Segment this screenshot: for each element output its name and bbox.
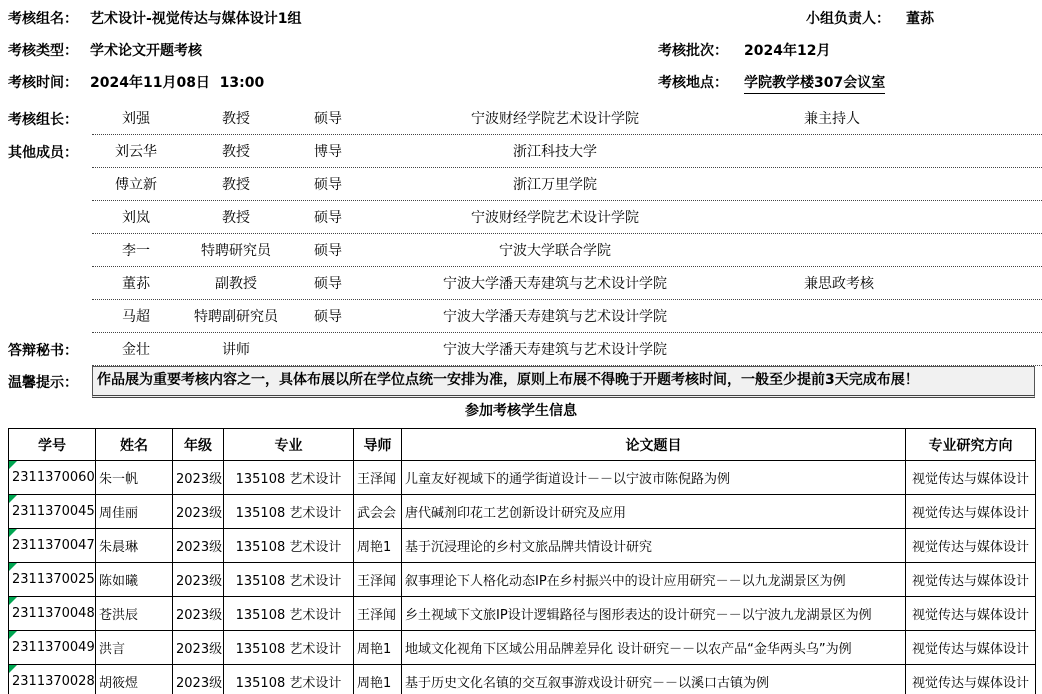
major-cell: 135108 艺术设计 (224, 529, 354, 563)
research-direction-cell: 视觉传达与媒体设计 (906, 563, 1036, 597)
table-row: 2311370048 苍洪辰 2023级 135108 艺术设计 王泽闻 乡土视… (9, 597, 1036, 631)
grade-cell: 2023级 (173, 597, 224, 631)
excel-corner-marker (9, 563, 17, 571)
member-supervisor-type: 硕导 (292, 240, 364, 260)
thesis-title-cell: 地域文化视角下区域公用品牌差异化 设计研究－－以农产品“金华两头乌”为例 (402, 631, 906, 665)
committee-row: 李一 特聘研究员 硕导 宁波大学联合学院 (0, 234, 1042, 267)
table-row: 2311370045 周佳丽 2023级 135108 艺术设计 武会会 唐代碱… (9, 495, 1036, 529)
member-name: 傅立新 (92, 174, 180, 194)
type-label: 考核类型： (8, 40, 78, 60)
committee-row: 考核组长： 刘强 教授 硕导 宁波财经学院艺术设计学院 兼主持人 (0, 102, 1042, 135)
member-supervisor-type: 硕导 (292, 108, 364, 128)
table-row: 2311370025 陈如曦 2023级 135108 艺术设计 王泽闻 叙事理… (9, 563, 1036, 597)
location-label: 考核地点： (658, 72, 728, 92)
member-title: 讲师 (180, 339, 292, 359)
student-id: 2311370025 (12, 572, 95, 587)
research-direction-cell: 视觉传达与媒体设计 (906, 529, 1036, 563)
thesis-title-cell: 叙事理论下人格化动态IP在乡村振兴中的设计应用研究－－以九龙湖景区为例 (402, 563, 906, 597)
major-cell: 135108 艺术设计 (224, 461, 354, 495)
grade-cell: 2023级 (173, 631, 224, 665)
research-direction-cell: 视觉传达与媒体设计 (906, 597, 1036, 631)
student-id-cell: 2311370045 (9, 495, 96, 529)
student-id: 2311370049 (12, 640, 95, 655)
excel-corner-marker (9, 529, 17, 537)
col-header-thesis-title: 论文题目 (402, 429, 906, 461)
table-row: 2311370047 朱晨琳 2023级 135108 艺术设计 周艳1 基于沉… (9, 529, 1036, 563)
student-id-cell: 2311370047 (9, 529, 96, 563)
assessment-sheet: 考核组名： 艺术设计-视觉传达与媒体设计1组 小组负责人： 董荪 考核类型： 学… (0, 0, 1042, 694)
grade-cell: 2023级 (173, 563, 224, 597)
member-institution: 宁波大学潘天寿建筑与艺术设计学院 (364, 339, 746, 359)
research-direction-cell: 视觉传达与媒体设计 (906, 665, 1036, 694)
excel-corner-marker (9, 461, 17, 469)
member-institution: 宁波大学联合学院 (364, 240, 746, 260)
students-table: 学号 姓名 年级 专业 导师 论文题目 专业研究方向 2311370060 朱一… (8, 428, 1036, 694)
student-id: 2311370028 (12, 674, 95, 689)
committee-row: 马超 特聘副研究员 硕导 宁波大学潘天寿建筑与艺术设计学院 (0, 300, 1042, 333)
research-direction-cell: 视觉传达与媒体设计 (906, 461, 1036, 495)
col-header-research-direction: 专业研究方向 (906, 429, 1036, 461)
batch-label: 考核批次： (658, 40, 728, 60)
committee-row-label (0, 168, 92, 201)
table-row: 2311370049 洪言 2023级 135108 艺术设计 周艳1 地域文化… (9, 631, 1036, 665)
advisor-cell: 周艳1 (354, 631, 402, 665)
student-id-cell: 2311370025 (9, 563, 96, 597)
member-title: 教授 (180, 141, 292, 161)
student-id-cell: 2311370028 (9, 665, 96, 694)
student-id: 2311370047 (12, 538, 95, 553)
member-title: 教授 (180, 108, 292, 128)
major-cell: 135108 艺术设计 (224, 631, 354, 665)
committee-row-label: 答辩秘书： (0, 333, 92, 366)
committee-row-label: 其他成员： (0, 135, 92, 168)
tip-text: 作品展为重要考核内容之一，具体布展以所在学位点统一安排为准，原则上布展不得晚于开… (92, 366, 1035, 398)
leader-value: 董荪 (906, 8, 934, 28)
thesis-title-cell: 基于沉浸理论的乡村文旅品牌共情设计研究 (402, 529, 906, 563)
student-name-cell: 洪言 (96, 631, 173, 665)
member-institution: 宁波财经学院艺术设计学院 (364, 108, 746, 128)
advisor-cell: 武会会 (354, 495, 402, 529)
batch-value: 2024年12月 (744, 40, 830, 60)
committee-row-label (0, 234, 92, 267)
committee-row-label: 考核组长： (0, 102, 92, 135)
committee-row: 董荪 副教授 硕导 宁波大学潘天寿建筑与艺术设计学院 兼思政考核 (0, 267, 1042, 300)
member-title: 教授 (180, 207, 292, 227)
location-value: 学院教学楼307会议室 (744, 72, 885, 94)
member-name: 金壮 (92, 339, 180, 359)
table-row: 2311370028 胡筱煜 2023级 135108 艺术设计 周艳1 基于历… (9, 665, 1036, 694)
grade-cell: 2023级 (173, 529, 224, 563)
advisor-cell: 王泽闻 (354, 597, 402, 631)
assessment-info: 考核组名： 艺术设计-视觉传达与媒体设计1组 小组负责人： 董荪 考核类型： 学… (0, 0, 1042, 100)
advisor-cell: 周艳1 (354, 529, 402, 563)
thesis-title-cell: 乡土视域下文旅IP设计逻辑路径与图形表达的设计研究－－以宁波九龙湖景区为例 (402, 597, 906, 631)
student-name-cell: 朱晨琳 (96, 529, 173, 563)
committee-row: 其他成员： 刘云华 教授 博导 浙江科技大学 (0, 135, 1042, 168)
student-id-cell: 2311370060 (9, 461, 96, 495)
member-supervisor-type: 硕导 (292, 306, 364, 326)
thesis-title-cell: 儿童友好视域下的通学街道设计－－以宁波市陈倪路为例 (402, 461, 906, 495)
member-name: 李一 (92, 240, 180, 260)
leader-label: 小组负责人： (806, 8, 890, 28)
committee-row: 答辩秘书： 金壮 讲师 宁波大学潘天寿建筑与艺术设计学院 (0, 333, 1042, 366)
grade-cell: 2023级 (173, 495, 224, 529)
major-cell: 135108 艺术设计 (224, 563, 354, 597)
student-id: 2311370045 (12, 504, 95, 519)
member-supervisor-type: 硕导 (292, 207, 364, 227)
member-institution: 宁波财经学院艺术设计学院 (364, 207, 746, 227)
member-name: 刘强 (92, 108, 180, 128)
thesis-title-cell: 唐代碱剂印花工艺创新设计研究及应用 (402, 495, 906, 529)
grade-cell: 2023级 (173, 461, 224, 495)
major-cell: 135108 艺术设计 (224, 495, 354, 529)
excel-corner-marker (9, 631, 17, 639)
member-title: 特聘研究员 (180, 240, 292, 260)
student-name-cell: 苍洪辰 (96, 597, 173, 631)
major-cell: 135108 艺术设计 (224, 665, 354, 694)
committee-row-label (0, 300, 92, 333)
time-label: 考核时间： (8, 72, 78, 92)
member-role: 兼思政考核 (746, 273, 1042, 293)
student-name-cell: 陈如曦 (96, 563, 173, 597)
student-id: 2311370060 (12, 470, 95, 485)
member-title: 教授 (180, 174, 292, 194)
group-name-value: 艺术设计-视觉传达与媒体设计1组 (90, 8, 302, 28)
advisor-cell: 周艳1 (354, 665, 402, 694)
group-name-label: 考核组名： (8, 8, 78, 28)
tip-row: 温馨提示： 作品展为重要考核内容之一，具体布展以所在学位点统一安排为准，原则上布… (0, 366, 1042, 398)
student-id-cell: 2311370049 (9, 631, 96, 665)
excel-corner-marker (9, 495, 17, 503)
committee-row-label (0, 267, 92, 300)
table-header-row: 学号 姓名 年级 专业 导师 论文题目 专业研究方向 (9, 429, 1036, 461)
member-name: 董荪 (92, 273, 180, 293)
advisor-cell: 王泽闻 (354, 563, 402, 597)
tip-label: 温馨提示： (0, 366, 92, 398)
committee-row-label (0, 201, 92, 234)
student-id: 2311370048 (12, 606, 95, 621)
member-role: 兼主持人 (746, 108, 1042, 128)
advisor-cell: 王泽闻 (354, 461, 402, 495)
table-row: 2311370060 朱一帆 2023级 135108 艺术设计 王泽闻 儿童友… (9, 461, 1036, 495)
committee-list: 考核组长： 刘强 教授 硕导 宁波财经学院艺术设计学院 兼主持人 其他成员： 刘… (0, 102, 1042, 366)
student-id-cell: 2311370048 (9, 597, 96, 631)
member-institution: 宁波大学潘天寿建筑与艺术设计学院 (364, 306, 746, 326)
member-supervisor-type: 硕导 (292, 174, 364, 194)
member-institution: 宁波大学潘天寿建筑与艺术设计学院 (364, 273, 746, 293)
member-title: 特聘副研究员 (180, 306, 292, 326)
col-header-name: 姓名 (96, 429, 173, 461)
time-value: 2024年11月08日 13:00 (90, 72, 264, 92)
student-name-cell: 胡筱煜 (96, 665, 173, 694)
committee-row: 刘岚 教授 硕导 宁波财经学院艺术设计学院 (0, 201, 1042, 234)
committee-row: 傅立新 教授 硕导 浙江万里学院 (0, 168, 1042, 201)
grade-cell: 2023级 (173, 665, 224, 694)
member-name: 刘云华 (92, 141, 180, 161)
col-header-advisor: 导师 (354, 429, 402, 461)
research-direction-cell: 视觉传达与媒体设计 (906, 495, 1036, 529)
member-title: 副教授 (180, 273, 292, 293)
research-direction-cell: 视觉传达与媒体设计 (906, 631, 1036, 665)
students-table-title: 参加考核学生信息 (0, 400, 1042, 420)
col-header-grade: 年级 (173, 429, 224, 461)
member-supervisor-type: 硕导 (292, 273, 364, 293)
member-institution: 浙江科技大学 (364, 141, 746, 161)
excel-corner-marker (9, 665, 17, 673)
member-name: 马超 (92, 306, 180, 326)
member-name: 刘岚 (92, 207, 180, 227)
type-value: 学术论文开题考核 (90, 40, 202, 60)
member-supervisor-type: 博导 (292, 141, 364, 161)
excel-corner-marker (9, 597, 17, 605)
col-header-major: 专业 (224, 429, 354, 461)
student-name-cell: 朱一帆 (96, 461, 173, 495)
thesis-title-cell: 基于历史文化名镇的交互叙事游戏设计研究－－以溪口古镇为例 (402, 665, 906, 694)
major-cell: 135108 艺术设计 (224, 597, 354, 631)
student-name-cell: 周佳丽 (96, 495, 173, 529)
col-header-student-id: 学号 (9, 429, 96, 461)
member-institution: 浙江万里学院 (364, 174, 746, 194)
